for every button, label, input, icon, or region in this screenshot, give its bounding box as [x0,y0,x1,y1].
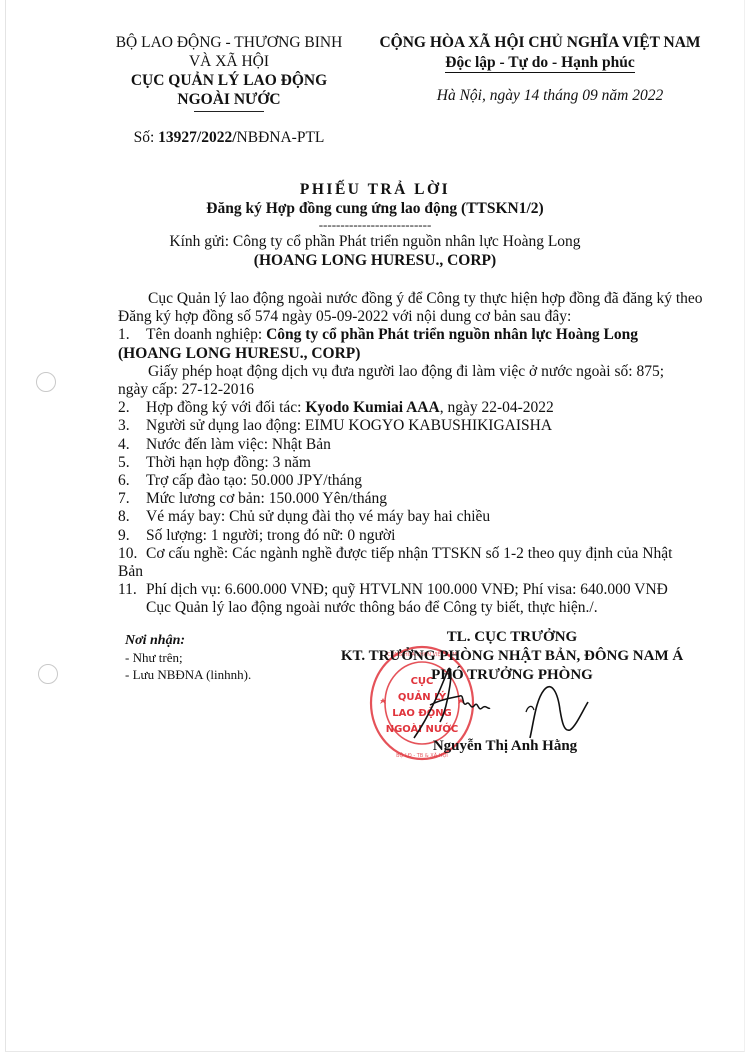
company-name: Công ty cổ phần Phát triển nguồn nhân lự… [266,326,638,343]
signature-title-1: TL. CỤC TRƯỞNG [322,628,702,647]
issuing-authority: BỘ LAO ĐỘNG - THƯƠNG BINH VÀ XÃ HỘI CỤC … [95,33,363,112]
addressee: Kính gửi: Công ty cổ phần Phát triển ngu… [160,232,590,251]
document-number-suffix: NBĐNA-PTL [237,129,325,146]
document-subtitle: Đăng ký Hợp đồng cung ứng lao động (TTSK… [160,199,590,218]
header-divider [194,111,264,112]
list-item-6: 6. Trợ cấp đào tạo: 50.000 JPY/tháng [118,472,708,490]
license-date: ngày cấp: 27-12-2016 [118,381,708,399]
document-title: PHIẾU TRẢ LỜI [160,180,590,199]
list-item-10: 10. Cơ cấu nghề: Các ngành nghề được tiế… [118,545,708,563]
department-line-1: CỤC QUẢN LÝ LAO ĐỘNG [95,71,363,90]
list-item-8: 8. Vé máy bay: Chủ sử dụng đài thọ vé má… [118,508,708,526]
partner-name: Kyodo Kumiai AAA [305,399,439,416]
ministry-line-1: BỘ LAO ĐỘNG - THƯƠNG BINH [95,33,363,52]
list-item-9: 9. Số lượng: 1 người; trong đó nữ: 0 ngư… [118,527,708,545]
list-item-1: 1. Tên doanh nghiệp: Công ty cổ phần Phá… [118,326,708,344]
list-item-4: 4. Nước đến làm việc: Nhật Bản [118,436,708,454]
closing-statement: Cục Quản lý lao động ngoài nước thông bá… [118,599,708,617]
document-number-label: Số: [134,129,159,146]
license-info: Giấy phép hoạt động dịch vụ đưa người la… [118,363,708,381]
department-line-2: NGOÀI NƯỚC [95,90,363,109]
national-header: CỘNG HÒA XÃ HỘI CHỦ NGHĨA VIỆT NAM Độc l… [375,33,705,73]
handwritten-signature-icon [410,660,610,740]
list-item-2: 2. Hợp đồng ký với đối tác: Kyodo Kumiai… [118,399,708,417]
punch-hole-bottom [38,664,58,684]
recipients: Nơi nhận: - Như trên; - Lưu NBĐNA (linhn… [125,632,325,683]
recipient-line-1: - Như trên; [125,649,325,666]
country-name: CỘNG HÒA XÃ HỘI CHỦ NGHĨA VIỆT NAM [375,33,705,53]
title-separator: -------------------------- [160,218,590,232]
punch-hole-top [36,372,56,392]
list-item-11: 11. Phí dịch vụ: 6.600.000 VNĐ; quỹ HTVL… [118,581,708,599]
national-motto: Độc lập - Tự do - Hạnh phúc [445,54,634,73]
ministry-line-2: VÀ XÃ HỘI [95,52,363,71]
list-item-10-continued: Bản [118,563,708,581]
list-item-7: 7. Mức lương cơ bản: 150.000 Yên/tháng [118,490,708,508]
addressee-english: (HOANG LONG HURESU., CORP) [160,251,590,270]
list-item-5: 5. Thời hạn hợp đồng: 3 năm [118,454,708,472]
company-name-english: (HOANG LONG HURESU., CORP) [118,345,708,363]
recipient-line-2: - Lưu NBĐNA (linhnh). [125,666,325,683]
title-block: PHIẾU TRẢ LỜI Đăng ký Hợp đồng cung ứng … [160,180,590,270]
intro-paragraph: Cục Quản lý lao động ngoài nước đồng ý đ… [118,290,708,326]
document-number-value: 13927/2022/ [158,129,236,146]
document-body: Cục Quản lý lao động ngoài nước đồng ý đ… [118,290,708,618]
recipients-label: Nơi nhận: [125,632,325,649]
document-number: Số: 13927/2022/NBĐNA-PTL [95,129,363,147]
signer-name: Nguyễn Thị Anh Hằng [390,738,620,755]
place-date: Hà Nội, ngày 14 tháng 09 năm 2022 [375,87,725,105]
list-item-3: 3. Người sử dụng lao động: EIMU KOGYO KA… [118,417,708,435]
